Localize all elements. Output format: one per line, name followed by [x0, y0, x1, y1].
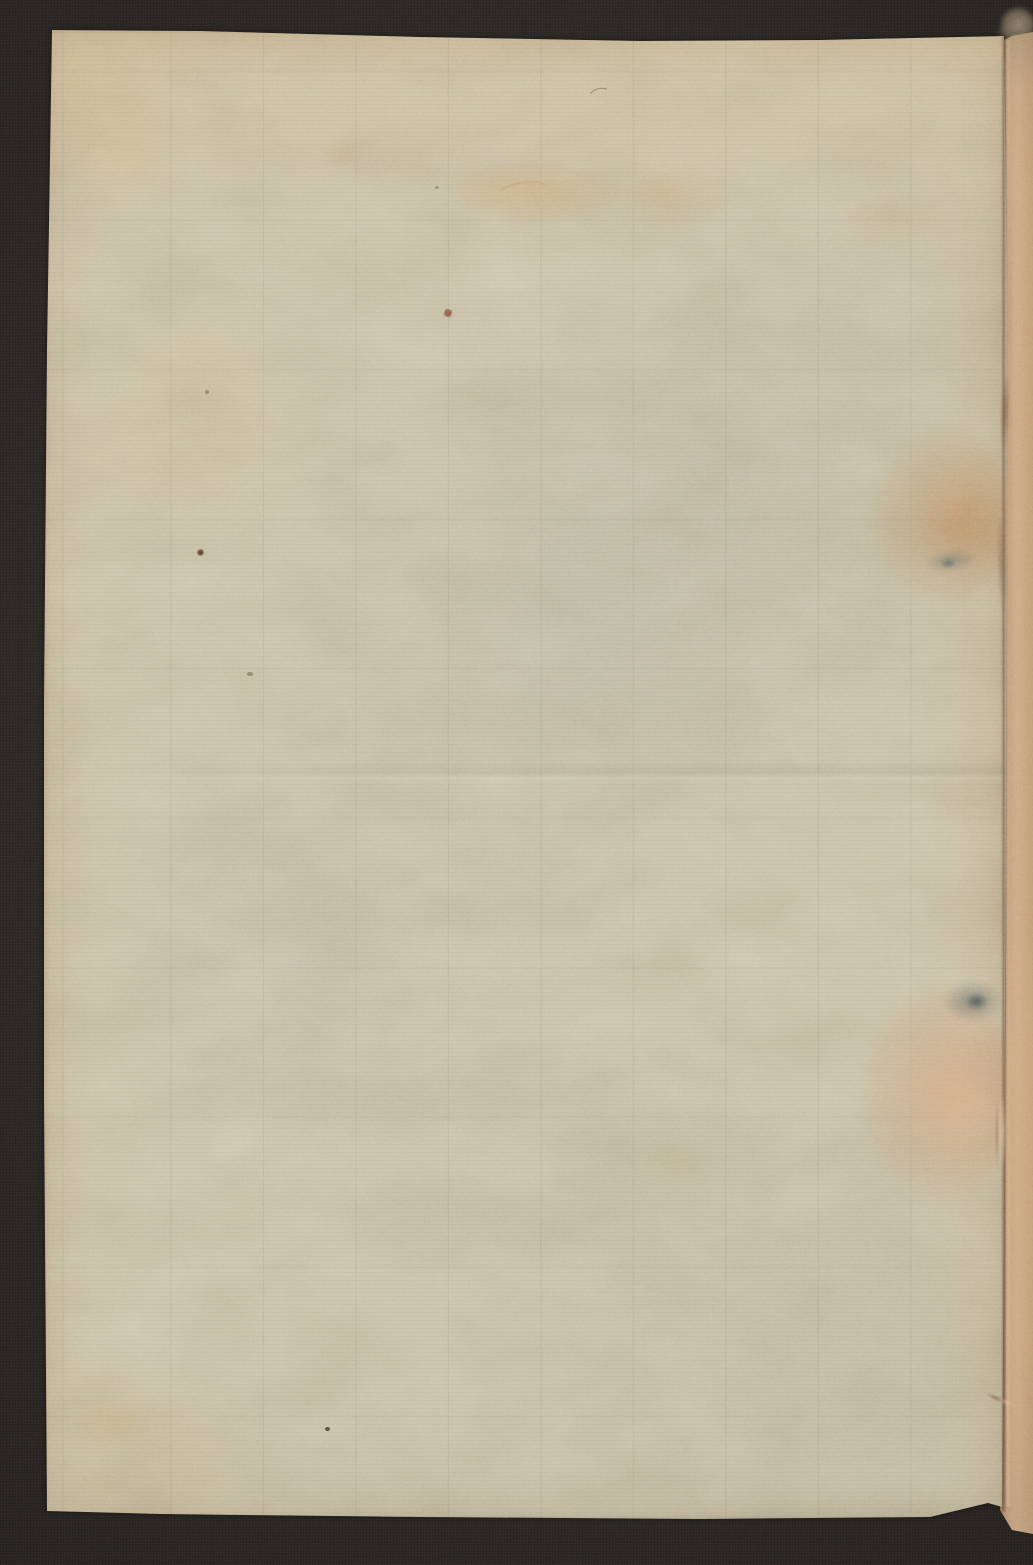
laid-texture-lines: [0, 0, 1033, 1565]
gutter-crease-highlight: [1006, 40, 1010, 1506]
stain-right-upper: [870, 428, 1012, 606]
speck-tan: [443, 308, 453, 318]
ink-smudge-lower: [943, 980, 1003, 1022]
stain-right-lower-core: [903, 1038, 1005, 1160]
book-page-wrapper: [0, 0, 1033, 1565]
ink-smudge-upper: [922, 546, 980, 575]
stain-top-center: [455, 160, 625, 220]
curl-mark: [586, 85, 614, 109]
stain-right-lower: [862, 988, 1014, 1200]
gutter-strip: [1000, 28, 1033, 1538]
stain-top-center-2: [600, 163, 730, 225]
horizontal-fold: [46, 762, 1006, 786]
chain-lines: [0, 0, 1033, 1565]
stain-top-right: [840, 193, 950, 245]
speck-red-brown: [197, 549, 204, 556]
paper-mottle-texture: [0, 0, 1033, 1565]
headband-fuzz: [991, 0, 1033, 48]
stain-bottom-left: [66, 1393, 158, 1450]
crease-kink-2: [994, 515, 1009, 615]
ink-smudge-upper-core: [940, 558, 956, 569]
crease-kink-1: [999, 372, 1012, 452]
film-grain-texture: [0, 0, 1033, 1565]
scan-background: [0, 0, 1033, 1565]
stain-top-left: [70, 88, 182, 210]
crease-kink-3-shadow: [995, 1098, 999, 1168]
stain-low-center: [638, 1138, 710, 1190]
speck-dark: [325, 1427, 330, 1431]
crease-kink-3: [998, 1095, 1007, 1170]
page-edge-vignette: [44, 30, 1007, 1519]
speck-small-a: [205, 390, 209, 394]
scroll-shaped-mark: [494, 178, 554, 210]
gutter-shading: [1000, 28, 1033, 1538]
ink-smudge-lower-core: [966, 993, 988, 1010]
stain-right-upper-core: [915, 468, 1011, 580]
paper-surface: [0, 0, 1033, 1565]
speck-small-b: [435, 186, 439, 189]
crease-kink-4: [984, 1392, 1017, 1408]
speck-faint: [247, 672, 253, 676]
stain-mid-left: [118, 255, 283, 480]
stain-left-small: [318, 138, 370, 170]
book-page: [0, 0, 1033, 1565]
gutter-crease-line: [1001, 34, 1006, 1512]
